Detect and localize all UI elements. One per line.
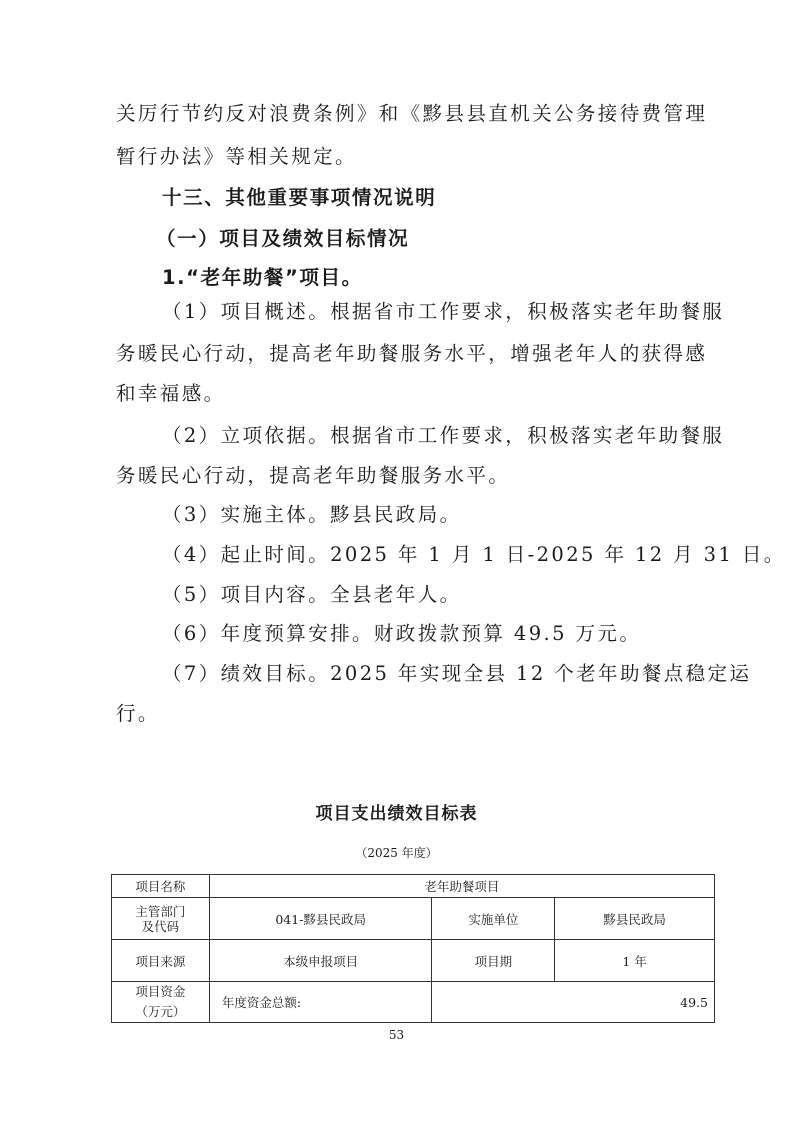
table-cell-value: 49.5 <box>432 982 715 1023</box>
item-heading: 1.“老年助餐”项目。 <box>162 264 793 292</box>
dept-label-line: 及代码 <box>112 919 209 934</box>
performance-table: 项目名称 老年助餐项目 主管部门 及代码 041-黟县民政局 实施单位 黟县民政… <box>111 874 715 1023</box>
table-cell-label: 项目资金 （万元） <box>112 982 210 1023</box>
body-paragraph-line: 关厉行节约反对浪费条例》和《黟县县直机关公务接待费管理 <box>116 100 793 128</box>
item-line: 务暖民心行动，提高老年助餐服务水平，增强老年人的获得感 <box>116 340 793 368</box>
item-line: （3）实施主体。黟县民政局。 <box>162 501 793 529</box>
item-line: （2）立项依据。根据省市工作要求，积极落实老年助餐服 <box>162 422 793 450</box>
item-line: 务暖民心行动，提高老年助餐服务水平。 <box>116 462 793 490</box>
item-line: （1）项目概述。根据省市工作要求，积极落实老年助餐服 <box>162 298 793 326</box>
item-line: 和幸福感。 <box>116 380 793 408</box>
table-cell-value: 041-黟县民政局 <box>209 898 432 940</box>
table-year: （2025 年度） <box>0 844 793 861</box>
table-cell-value: 老年助餐项目 <box>209 875 714 898</box>
item-line: （5）项目内容。全县老年人。 <box>162 581 793 609</box>
table-cell-label: 年度资金总额: <box>209 982 432 1023</box>
body-paragraph-line: 暂行办法》等相关规定。 <box>116 143 793 171</box>
table-cell-label: 项目名称 <box>112 875 210 898</box>
table-cell-value: 黟县民政局 <box>555 898 715 940</box>
item-line: 行。 <box>116 700 793 728</box>
table-cell-value: 1 年 <box>555 940 715 982</box>
section-heading: 十三、其他重要事项情况说明 <box>162 184 793 212</box>
item-line: （6）年度预算安排。财政拨款预算 49.5 万元。 <box>162 620 793 648</box>
table-row: 主管部门 及代码 041-黟县民政局 实施单位 黟县民政局 <box>112 898 715 940</box>
fund-label-line: 项目资金 <box>112 982 209 1002</box>
page-number: 53 <box>0 1028 793 1042</box>
table-cell-label: 主管部门 及代码 <box>112 898 210 940</box>
table-cell-label: 项目来源 <box>112 940 210 982</box>
table-cell-label: 项目期 <box>432 940 555 982</box>
fund-label-line: （万元） <box>112 1002 209 1022</box>
item-line: （7）绩效目标。2025 年实现全县 12 个老年助餐点稳定运 <box>162 660 793 688</box>
item-line: （4）起止时间。2025 年 1 月 1 日-2025 年 12 月 31 日。 <box>162 541 793 569</box>
table-title: 项目支出绩效目标表 <box>0 799 793 824</box>
table-row: 项目资金 （万元） 年度资金总额: 49.5 <box>112 982 715 1023</box>
table-row: 项目名称 老年助餐项目 <box>112 875 715 898</box>
subsection-heading: （一）项目及绩效目标情况 <box>156 225 793 253</box>
table-cell-label: 实施单位 <box>432 898 555 940</box>
dept-label-line: 主管部门 <box>112 904 209 919</box>
table-cell-value: 本级申报项目 <box>209 940 432 982</box>
table-row: 项目来源 本级申报项目 项目期 1 年 <box>112 940 715 982</box>
